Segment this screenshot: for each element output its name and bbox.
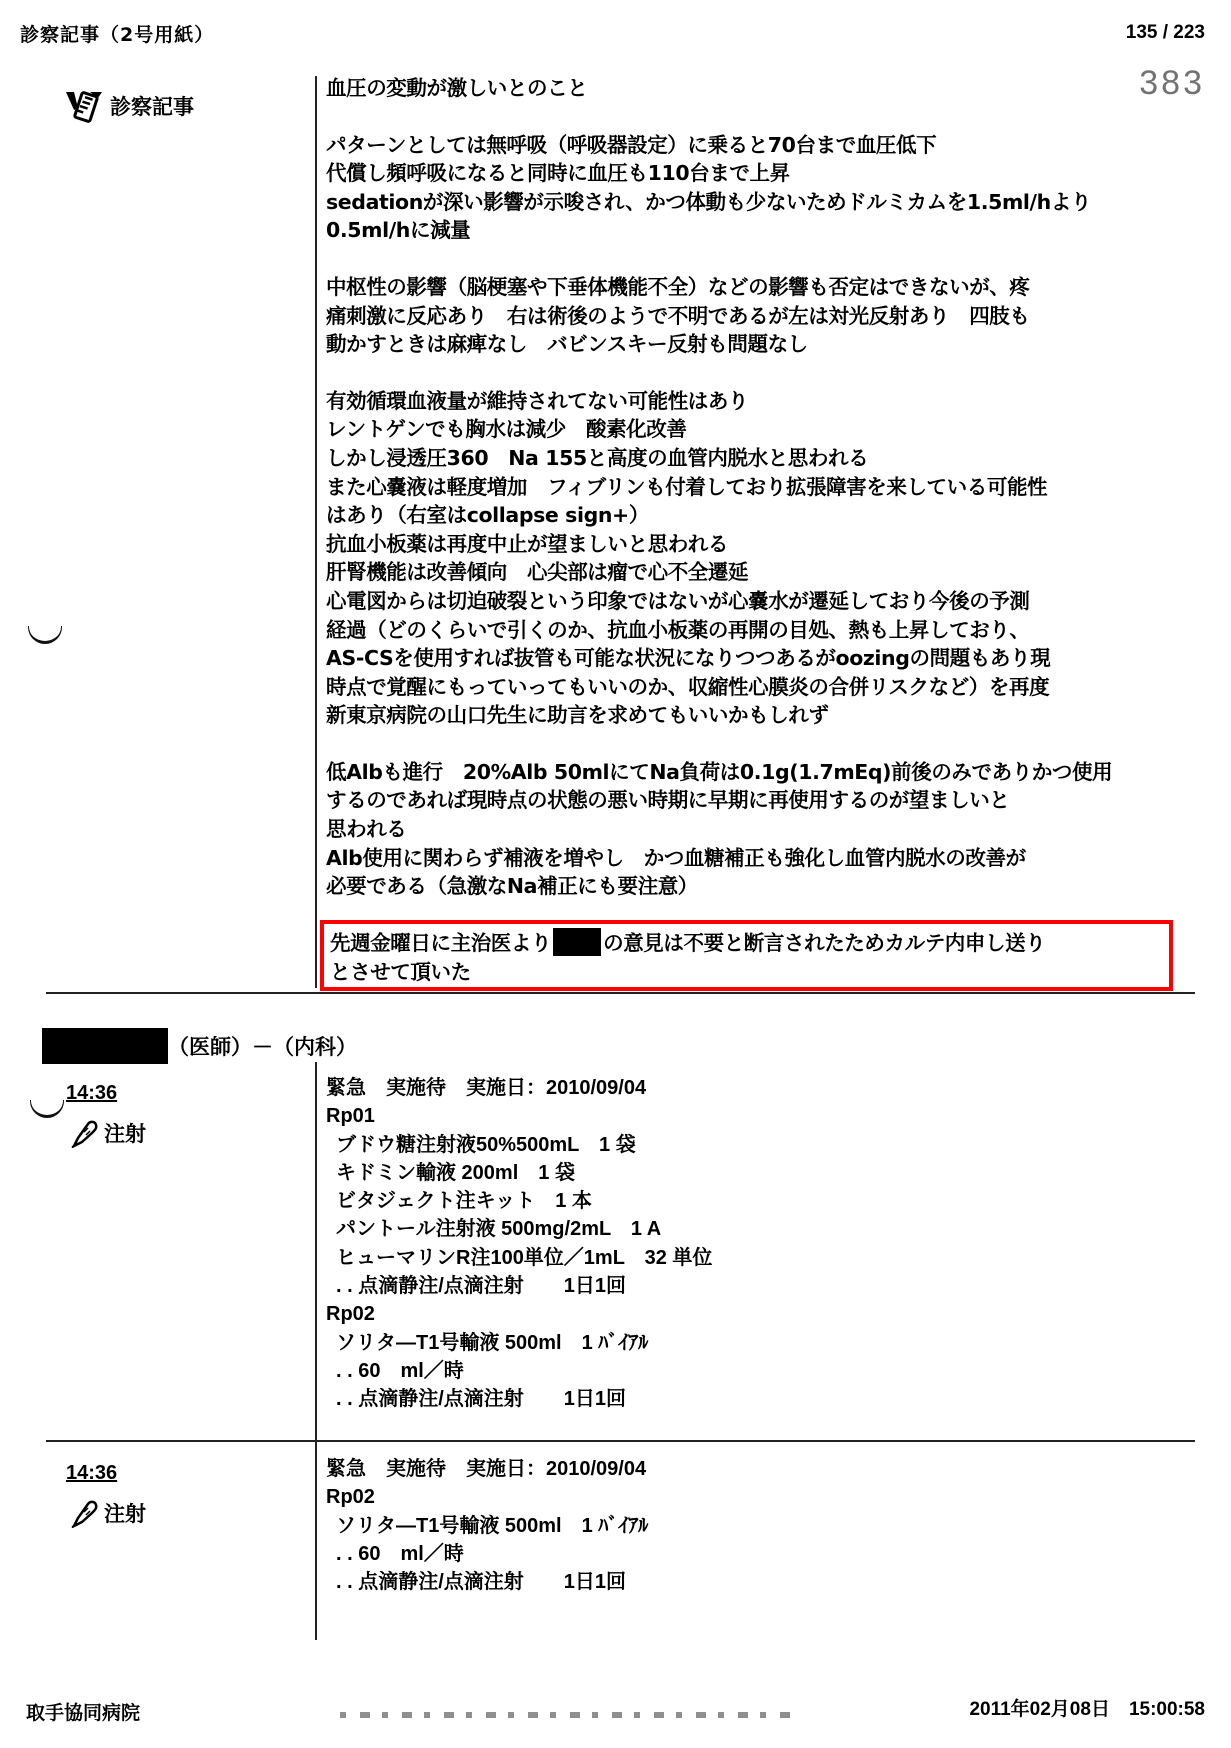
entry-type: 注射 — [70, 1118, 146, 1148]
note-line: 肝腎機能は改善傾向 心尖部は瘤で心不全遷延 — [326, 558, 1176, 587]
note-line: 新東京病院の山口先生に助言を求めてもいいかもしれず — [326, 701, 1176, 730]
section-label-text: 診察記事 — [110, 91, 194, 121]
note-line: 痛刺激に反応あり 右は術後のようで不明であるが左は対光反射あり 四肢も — [326, 302, 1176, 331]
order-status: 緊急 実施待 実施日：2010/09/04 — [326, 1074, 712, 1102]
syringe-icon — [70, 1118, 98, 1148]
document-title: 診察記事（2号用紙） — [20, 20, 214, 47]
note-line: 思われる — [326, 815, 1176, 844]
margin-mark — [28, 626, 62, 644]
note-line: 血圧の変動が激しいとのこと — [326, 74, 1176, 103]
syringe-icon — [70, 1498, 98, 1528]
note-line: レントゲンでも胸水は減少 酸素化改善 — [326, 415, 1176, 444]
order-item: . . 60 ml／時 — [326, 1357, 712, 1385]
note-line: 0.5ml/hに減量 — [326, 216, 1176, 245]
note-paragraph: パターンとしては無呼吸（呼吸器設定）に乗ると70台まで血圧低下代償し頻呼吸になる… — [326, 131, 1176, 245]
highlight-text-after: の意見は不要と断言されたためカルテ内申し送り — [603, 931, 1045, 955]
note-line: するのであれば現時点の状態の悪い時期に早期に再使用するのが望ましいと — [326, 786, 1176, 815]
order-item: ヒューマリンR注100単位／1mL 32 単位 — [326, 1244, 712, 1272]
order-block: 緊急 実施待 実施日：2010/09/04Rp01ブドウ糖注射液50%500mL… — [326, 1074, 712, 1414]
note-line: 経過（どのくらいで引くのか、抗血小板薬の再開の目処、熱も上昇しており、 — [326, 616, 1176, 645]
note-line: 心電図からは切迫破裂という印象ではないが心嚢水が遷延しており今後の予測 — [326, 587, 1176, 616]
hospital-name: 取手協同病院 — [26, 1698, 140, 1725]
order-item: . . 60 ml／時 — [326, 1540, 648, 1568]
highlight-text-before: 先週金曜日に主治医より — [330, 931, 551, 955]
note-line: 中枢性の影響（脳梗塞や下垂体機能不全）などの影響も否定はできないが、疼 — [326, 273, 1176, 302]
order-item: ビタジェクト注キット 1 本 — [326, 1187, 712, 1215]
highlighted-statement: 先週金曜日に主治医よりの意見は不要と断言されたためカルテ内申し送り とさせて頂い… — [320, 920, 1173, 991]
entry-time: 14:36 — [66, 1462, 117, 1485]
page-indicator: 135 / 223 — [1126, 22, 1205, 44]
rp-label: Rp01 — [326, 1102, 712, 1130]
column-divider — [315, 76, 317, 988]
note-line: 時点で覚醒にもっていってもいいのか、収縮性心膜炎の合併リスクなど）を再度 — [326, 673, 1176, 702]
order-item: パントール注射液 500mg/2mL 1 A — [326, 1215, 712, 1243]
clipboard-record-icon — [64, 88, 104, 124]
clinical-note: 血圧の変動が激しいとのことパターンとしては無呼吸（呼吸器設定）に乗ると70台まで… — [326, 74, 1176, 929]
order-item: ソリタ―T1号輸液 500ml 1 ﾊﾞｲｱﾙ — [326, 1512, 648, 1540]
note-line: また心嚢液は軽度増加 フィブリンも付着しており拡張障害を来している可能性 — [326, 473, 1176, 502]
entry-type-label: 注射 — [104, 1118, 146, 1148]
note-paragraph: 血圧の変動が激しいとのこと — [326, 74, 1176, 103]
entry-type-label: 注射 — [104, 1498, 146, 1528]
order-item: ブドウ糖注射液50%500mL 1 袋 — [326, 1131, 712, 1159]
note-line: AS-CSを使用すれば抜管も可能な状況になりつつあるがoozingの問題もあり現 — [326, 644, 1176, 673]
highlight-text-line2: とさせて頂いた — [330, 958, 1165, 987]
redaction-block — [553, 928, 601, 956]
order-item: ソリタ―T1号輸液 500ml 1 ﾊﾞｲｱﾙ — [326, 1329, 712, 1357]
note-line: 抗血小板薬は再度中止が望ましいと思われる — [326, 530, 1176, 559]
scan-noise — [340, 1712, 790, 1718]
author-role: （医師）－（内科） — [168, 1031, 357, 1061]
margin-mark — [30, 1100, 64, 1118]
order-item: キドミン輸液 200ml 1 袋 — [326, 1159, 712, 1187]
redacted-name — [42, 1028, 168, 1064]
note-line: Alb使用に関わらず補液を増やし かつ血糖補正も強化し血管内脱水の改善が — [326, 844, 1176, 873]
note-line: 動かすときは麻痺なし バビンスキー反射も問題なし — [326, 330, 1176, 359]
rp-label: Rp02 — [326, 1300, 712, 1328]
author-line: （医師）－（内科） — [42, 1028, 357, 1064]
section-label: 診察記事 — [64, 88, 194, 124]
note-paragraph: 中枢性の影響（脳梗塞や下垂体機能不全）などの影響も否定はできないが、疼痛刺激に反… — [326, 273, 1176, 359]
section-divider — [46, 992, 1195, 994]
rp-label: Rp02 — [326, 1483, 648, 1511]
entry-type: 注射 — [70, 1498, 146, 1528]
note-paragraph: 低Albも進行 20%Alb 50mlにてNa負荷は0.1g(1.7mEq)前後… — [326, 758, 1176, 901]
note-line: しかし浸透圧360 Na 155と高度の血管内脱水と思われる — [326, 444, 1176, 473]
order-block: 緊急 実施待 実施日：2010/09/04Rp02ソリタ―T1号輸液 500ml… — [326, 1455, 648, 1596]
note-line: 有効循環血液量が維持されてない可能性はあり — [326, 387, 1176, 416]
note-paragraph: 有効循環血液量が維持されてない可能性はありレントゲンでも胸水は減少 酸素化改善し… — [326, 387, 1176, 730]
note-line: パターンとしては無呼吸（呼吸器設定）に乗ると70台まで血圧低下 — [326, 131, 1176, 160]
entry-divider — [46, 1440, 1195, 1442]
column-divider — [315, 1062, 317, 1640]
note-line: 必要である（急激なNa補正にも要注意） — [326, 872, 1176, 901]
order-status: 緊急 実施待 実施日：2010/09/04 — [326, 1455, 648, 1483]
note-line: sedationが深い影響が示唆され、かつ体動も少ないためドルミカムを1.5ml… — [326, 188, 1176, 217]
note-line: 代償し頻呼吸になると同時に血圧も110台まで上昇 — [326, 159, 1176, 188]
print-timestamp: 2011年02月08日 15:00:58 — [969, 1694, 1205, 1721]
order-item: . . 点滴静注/点滴注射 1日1回 — [326, 1385, 712, 1413]
order-item: . . 点滴静注/点滴注射 1日1回 — [326, 1272, 712, 1300]
entry-time: 14:36 — [66, 1082, 117, 1105]
note-line: 低Albも進行 20%Alb 50mlにてNa負荷は0.1g(1.7mEq)前後… — [326, 758, 1176, 787]
note-line: はあり（右室はcollapse sign+） — [326, 501, 1176, 530]
order-item: . . 点滴静注/点滴注射 1日1回 — [326, 1568, 648, 1596]
